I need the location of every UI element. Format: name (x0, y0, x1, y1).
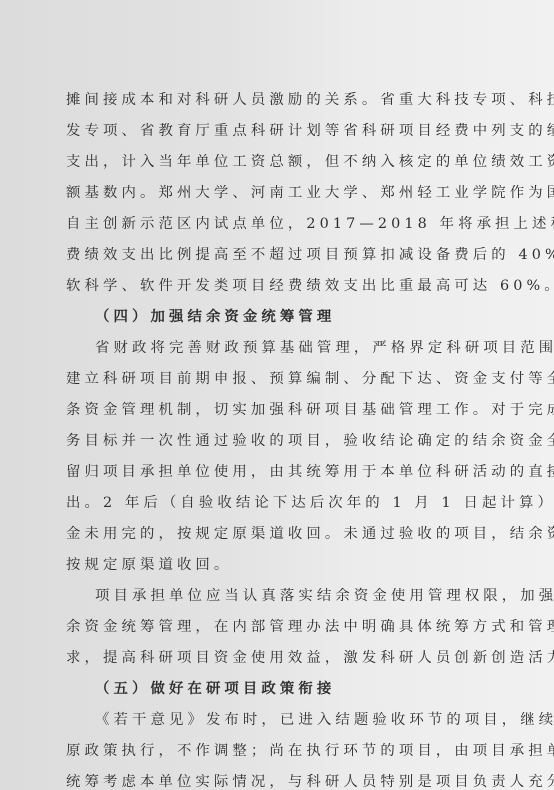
body-text-line: 软科学、软件开发类项目经费绩效支出比重最高可达 60%。 (66, 276, 502, 296)
section-heading-5: （五）做好在研项目政策衔接 (95, 679, 502, 699)
body-text-line: 省财政将完善财政预算基础管理，严格界定科研项目范围， (95, 338, 502, 358)
document-page: 摊间接成本和对科研人员激励的关系。省重大科技专项、科技研 发专项、省教育厅重点科… (0, 0, 554, 790)
body-text-line: 发专项、省教育厅重点科研计划等省科研项目经费中列支的绩效 (66, 121, 502, 141)
body-text-line: 原政策执行，不作调整；尚在执行环节的项目，由项目承担单位 (66, 741, 502, 761)
body-text-line: 费绩效支出比例提高至不超过项目预算扣减设备费后的 40%， (66, 245, 502, 265)
body-text-line: 余资金统筹管理，在内部管理办法中明确具体统筹方式和管理要 (66, 617, 502, 637)
body-text-line: 出。2 年后（自验收结论下达后次年的 1 月 1 日起计算）结余资 (66, 493, 502, 513)
body-text-line: 金未用完的，按规定原渠道收回。未通过验收的项目，结余资金 (66, 524, 502, 544)
body-text-line: 留归项目承担单位使用，由其统筹用于本单位科研活动的直接支 (66, 462, 502, 482)
body-text-line: 按规定原渠道收回。 (66, 555, 502, 575)
body-text-line: 建立科研项目前期申报、预算编制、分配下达、资金支付等全链 (66, 369, 502, 389)
body-text-line: 额基数内。郑州大学、河南工业大学、郑州轻工业学院作为国家 (66, 183, 502, 203)
body-text-line: 《若干意见》发布时，已进入结题验收环节的项目，继续按照 (95, 710, 502, 730)
body-text-line: 自主创新示范区内试点单位，2017—2018 年将承担上述科研经 (66, 214, 502, 234)
section-heading-4: （四）加强结余资金统筹管理 (95, 307, 502, 327)
body-text-line: 项目承担单位应当认真落实结余资金使用管理权限，加强结 (95, 586, 502, 606)
body-text-line: 支出，计入当年单位工资总额，但不纳入核定的单位绩效工资总 (66, 152, 502, 172)
body-text-line: 统筹考虑本单位实际情况，与科研人员特别是项目负责人充分协 (66, 772, 502, 790)
body-text-line: 求，提高科研项目资金使用效益，激发科研人员创新创造活力。 (66, 648, 502, 668)
body-text-line: 摊间接成本和对科研人员激励的关系。省重大科技专项、科技研 (66, 90, 502, 110)
body-text-line: 务目标并一次性通过验收的项目，验收结论确定的结余资金全部 (66, 431, 502, 451)
body-text-line: 条资金管理机制，切实加强科研项目基础管理工作。对于完成任 (66, 400, 502, 420)
